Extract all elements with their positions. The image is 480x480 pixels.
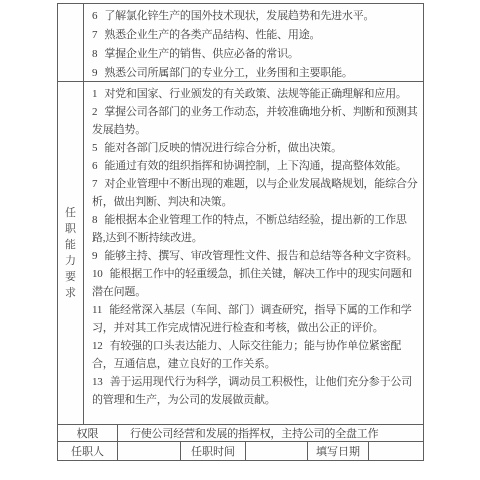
item-text: 能通过有效的组织指挥和协调控制，上下沟通，提高整体效能。 <box>104 160 406 172</box>
holder-label: 任职人 <box>58 442 118 460</box>
tenure-label: 任职时间 <box>181 442 246 460</box>
capability-section-label: 任职能力要求 <box>65 205 77 301</box>
item-number: 5 <box>92 139 97 157</box>
item-text: 掌握公司各部门的业务工作动态，并较准确地分析、判断和预测其发展趋势。 <box>92 106 418 136</box>
item-text: 能经常深入基层（车间、部门）调查研究，指导下属的工作和学习，并对其工作完成情况进… <box>92 304 412 334</box>
holder-value-cell <box>118 442 181 460</box>
document-page: 6了解氯化锌生产的国外技术现状，发展趋势和先进水平。7熟悉企业生产的各类产品结构… <box>0 0 480 480</box>
requirement-item: 7对企业管理中不断出现的难题，以与企业发展战略规划，能综合分析，做出判断、判决和… <box>92 175 419 211</box>
item-number: 2 <box>92 103 97 121</box>
fill-date-value-cell <box>369 442 423 460</box>
item-text: 善于运用现代行为科学，调动员工积极性，让他们充分参于公司的管理和生产，为公司的发… <box>92 376 412 406</box>
capability-label-cell: 任职能力要求 <box>58 82 84 424</box>
requirement-item: 9熟悉公司所属部门的专业分工，业务围和主要职能。 <box>92 64 419 81</box>
requirement-item: 9能够主持、撰写、审改管理性文件、报告和总结等各种文字资料。 <box>92 247 419 265</box>
requirement-item: 1对党和国家、行业颁发的有关政策、法规等能正确理解和应用。 <box>92 85 419 103</box>
knowledge-requirements-section: 6了解氯化锌生产的国外技术现状，发展趋势和先进水平。7熟悉企业生产的各类产品结构… <box>58 4 423 82</box>
item-text: 能够主持、撰写、审改管理性文件、报告和总结等各种文字资料。 <box>104 250 417 262</box>
item-number: 9 <box>92 64 97 81</box>
item-text: 能根据本企业管理工作的特点，不断总结经验，提出新的工作思路,达到不断持续改进。 <box>92 214 407 244</box>
requirement-item: 6了解氯化锌生产的国外技术现状，发展趋势和先进水平。 <box>92 7 419 26</box>
authority-row: 权限 行使公司经营和发展的指挥权，主持公司的全盘工作 <box>58 425 423 442</box>
item-number: 13 <box>92 373 103 391</box>
requirement-item: 7熟悉企业生产的各类产品结构、性能、用途。 <box>92 26 419 45</box>
authority-value: 行使公司经营和发展的指挥权，主持公司的全盘工作 <box>118 425 423 441</box>
capability-requirements-list: 1对党和国家、行业颁发的有关政策、法规等能正确理解和应用。2掌握公司各部门的业务… <box>84 82 423 424</box>
item-number: 6 <box>92 157 97 175</box>
tenure-value-cell <box>246 442 308 460</box>
item-text: 对党和国家、行业颁发的有关政策、法规等能正确理解和应用。 <box>104 88 406 100</box>
footer-row: 任职人 任职时间 填写日期 <box>58 442 423 460</box>
requirement-item: 11能经常深入基层（车间、部门）调查研究，指导下属的工作和学习，并对其工作完成情… <box>92 301 419 337</box>
item-number: 1 <box>92 85 97 103</box>
requirement-item: 13善于运用现代行为科学，调动员工积极性，让他们充分参于公司的管理和生产，为公司… <box>92 373 419 409</box>
item-number: 6 <box>92 7 97 26</box>
knowledge-requirements-list: 6了解氯化锌生产的国外技术现状，发展趋势和先进水平。7熟悉企业生产的各类产品结构… <box>84 4 423 81</box>
item-number: 11 <box>92 301 102 319</box>
item-text: 了解氯化锌生产的国外技术现状，发展趋势和先进水平。 <box>104 10 374 22</box>
section-label-cell-empty <box>58 4 84 81</box>
requirement-item: 8能根据本企业管理工作的特点，不断总结经验，提出新的工作思路,达到不断持续改进。 <box>92 211 419 247</box>
fill-date-label: 填写日期 <box>308 442 369 460</box>
item-number: 7 <box>92 175 97 193</box>
requirement-item: 6能通过有效的组织指挥和协调控制，上下沟通，提高整体效能。 <box>92 157 419 175</box>
item-number: 9 <box>92 247 97 265</box>
item-number: 8 <box>92 45 97 64</box>
item-text: 掌握企业生产的销售、供应必备的常识。 <box>104 48 298 60</box>
item-number: 10 <box>92 265 103 283</box>
item-text: 能根据工作中的轻重缓急，抓住关键，解决工作中的现实问题和潜在问题。 <box>92 268 412 298</box>
requirement-item: 5能对各部门反映的情况进行综合分析，做出决策。 <box>92 139 419 157</box>
requirement-item: 12有较强的口头表达能力、人际交往能力；能与协作单位紧密配合，互通信息，建立良好… <box>92 337 419 373</box>
item-number: 12 <box>92 337 103 355</box>
item-text: 能对各部门反映的情况进行综合分析，做出决策。 <box>104 142 342 154</box>
requirement-item: 10能根据工作中的轻重缓急，抓住关键，解决工作中的现实问题和潜在问题。 <box>92 265 419 301</box>
requirement-item: 2掌握公司各部门的业务工作动态，并较准确地分析、判断和预测其发展趋势。 <box>92 103 419 139</box>
item-text: 对企业管理中不断出现的难题，以与企业发展战略规划，能综合分析，做出判断、判决和决… <box>92 178 418 208</box>
authority-label: 权限 <box>58 425 118 441</box>
item-text: 有较强的口头表达能力、人际交往能力；能与协作单位紧密配合，互通信息，建立良好的工… <box>92 340 401 370</box>
job-description-table: 6了解氯化锌生产的国外技术现状，发展趋势和先进水平。7熟悉企业生产的各类产品结构… <box>57 3 424 461</box>
item-number: 8 <box>92 211 97 229</box>
item-text: 熟悉公司所属部门的专业分工，业务围和主要职能。 <box>104 67 352 79</box>
item-text: 熟悉企业生产的各类产品结构、性能、用途。 <box>104 29 320 41</box>
capability-requirements-section: 任职能力要求 1对党和国家、行业颁发的有关政策、法规等能正确理解和应用。2掌握公… <box>58 82 423 425</box>
requirement-item: 8掌握企业生产的销售、供应必备的常识。 <box>92 45 419 64</box>
item-number: 7 <box>92 26 97 45</box>
